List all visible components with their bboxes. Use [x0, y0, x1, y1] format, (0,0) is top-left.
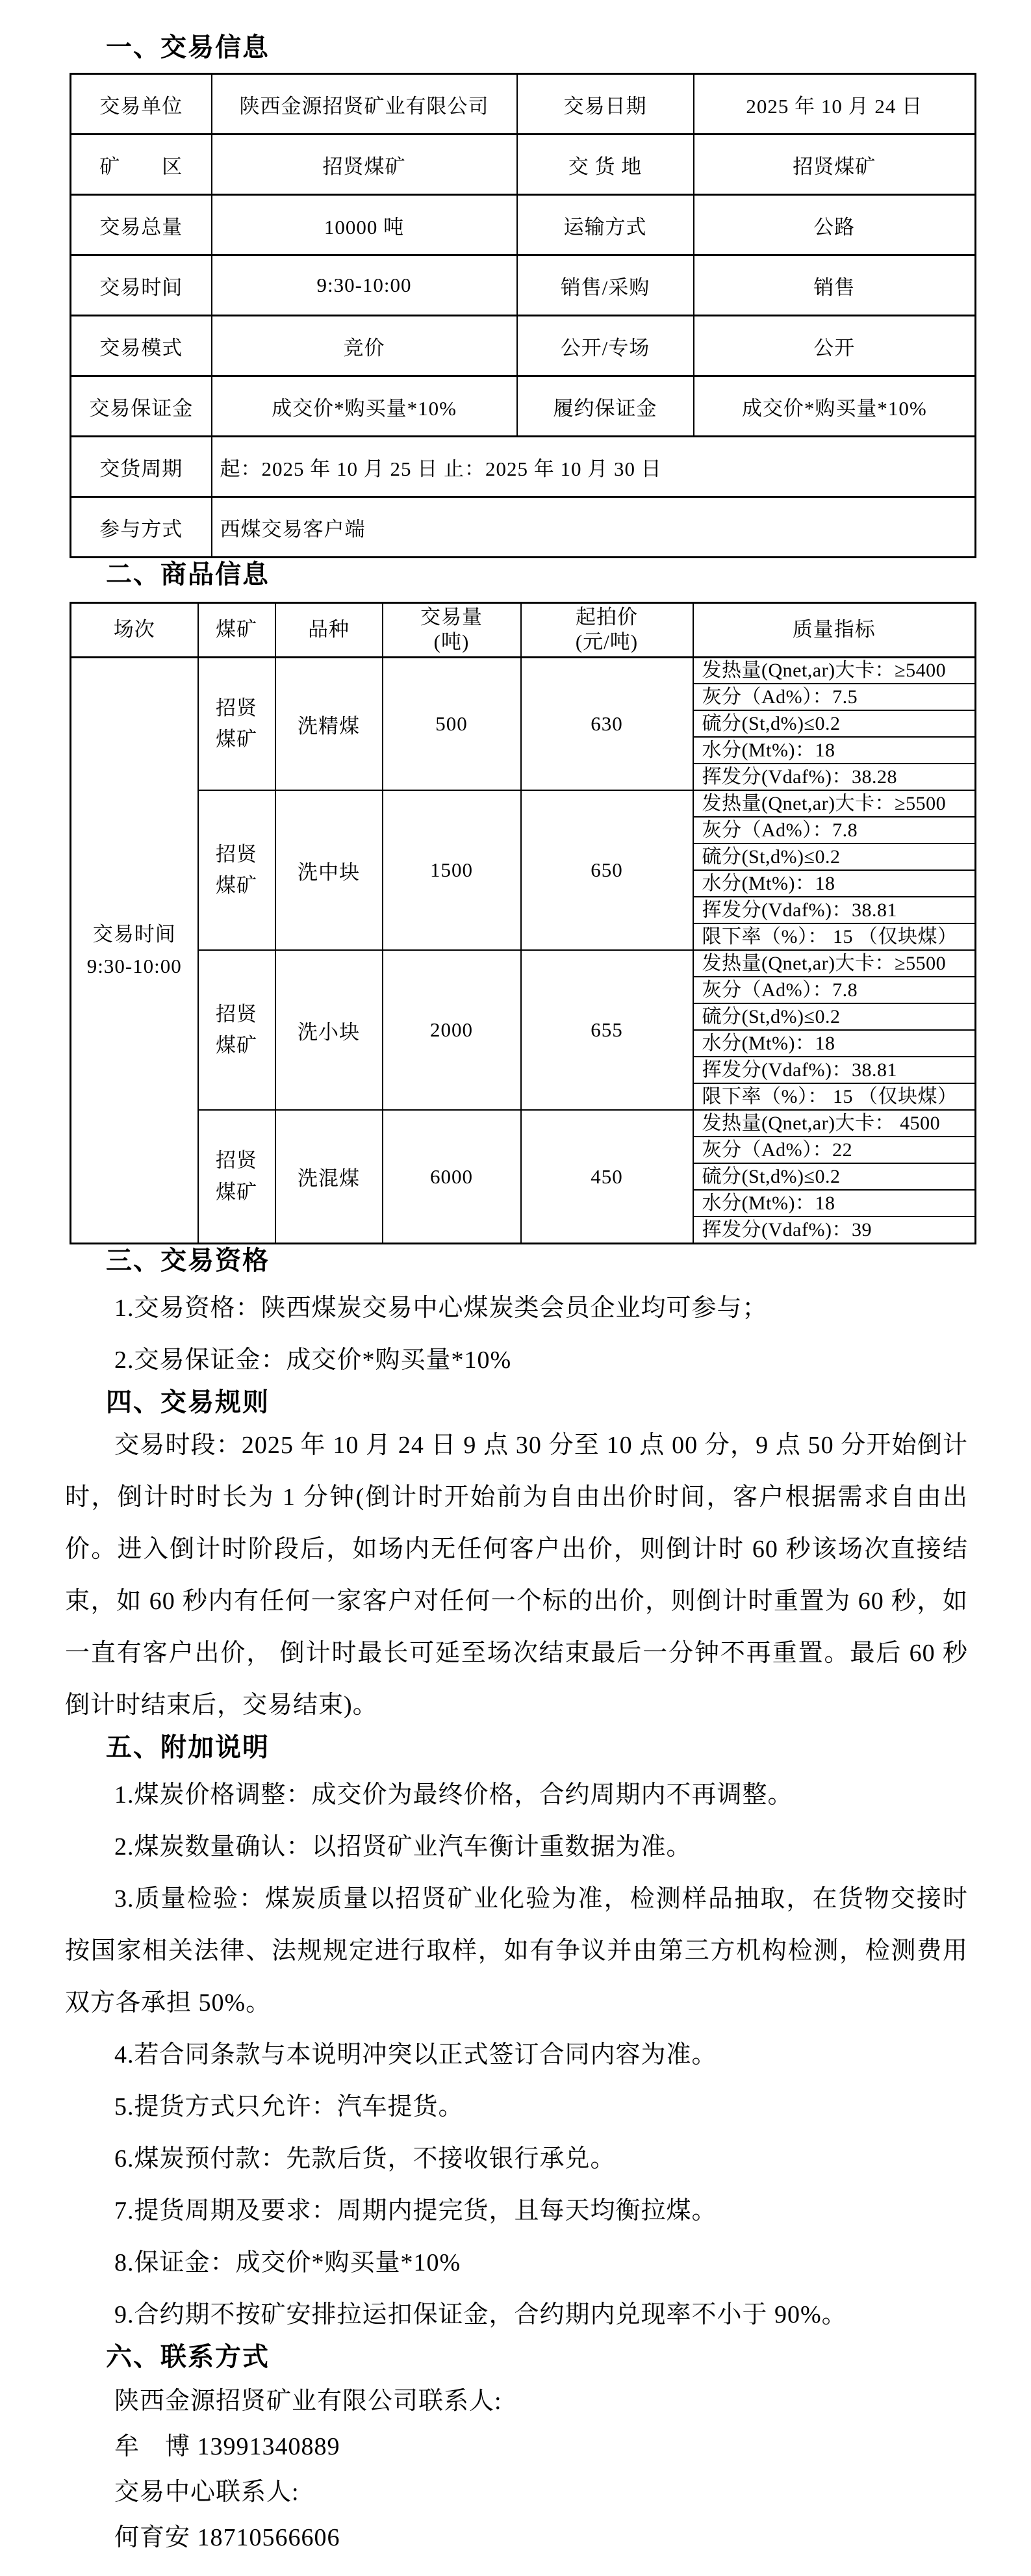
- info-value-cell: 陕西金源招贤矿业有限公司: [212, 74, 517, 135]
- section1-heading: 一、交易信息: [106, 31, 1031, 64]
- info-value-cell: 招贤煤矿: [694, 135, 976, 195]
- mine-cell: 招贤煤矿: [198, 657, 275, 790]
- info-value-cell: 10000 吨: [212, 195, 517, 255]
- quality-indicator-cell: 水分(Mt%)：18: [693, 1030, 976, 1057]
- product-column-header: 场次: [71, 602, 198, 657]
- start-price-cell: 655: [521, 950, 693, 1110]
- info-value-cell: 成交价*购买量*10%: [212, 376, 517, 437]
- info-value-cell: 竞价: [212, 316, 517, 376]
- additional-note-item: 5.提货方式只允许：汽车提货。: [65, 2081, 968, 2133]
- product-table-row: 招贤煤矿洗中块1500650发热量(Qnet,ar)大卡：≥5500: [71, 790, 976, 817]
- product-column-header: 起拍价(元/吨): [521, 602, 693, 657]
- product-table-header-row: 场次煤矿品种交易量(吨)起拍价(元/吨)质量指标: [71, 602, 976, 657]
- info-label-cell: 运输方式: [517, 195, 694, 255]
- info-value-cell: 公开: [694, 316, 976, 376]
- info-value-cell: 西煤交易客户端: [212, 497, 976, 558]
- product-info-table: 场次煤矿品种交易量(吨)起拍价(元/吨)质量指标 交易时间9:30-10:00招…: [70, 602, 976, 1244]
- product-table-row: 招贤煤矿洗小块2000655发热量(Qnet,ar)大卡：≥5500: [71, 950, 976, 977]
- section3-heading: 三、交易资格: [106, 1244, 1031, 1277]
- product-cell: 洗中块: [275, 790, 383, 950]
- info-label-cell: 销售/采购: [517, 255, 694, 316]
- product-column-header: 品种: [275, 602, 383, 657]
- additional-note-item: 4.若合同条款与本说明冲突以正式签订合同内容为准。: [65, 2029, 968, 2081]
- product-column-header: 质量指标: [693, 602, 976, 657]
- document-page: 一、交易信息 交易单位陕西金源招贤矿业有限公司交易日期2025 年 10 月 2…: [0, 0, 1031, 2576]
- additional-note-item: 9.合约期不按矿安排拉运扣保证金，合约期内兑现率不小于 90%。: [65, 2289, 968, 2341]
- additional-note-item: 6.煤炭预付款：先款后货，不接收银行承兑。: [65, 2133, 968, 2185]
- info-table-row: 交易总量10000 吨运输方式公路: [71, 195, 976, 255]
- mine-cell: 招贤煤矿: [198, 1110, 275, 1243]
- trade-info-table: 交易单位陕西金源招贤矿业有限公司交易日期2025 年 10 月 24 日矿 区招…: [70, 73, 976, 558]
- info-label-cell: 交易日期: [517, 74, 694, 135]
- quality-indicator-cell: 水分(Mt%)：18: [693, 870, 976, 897]
- info-label-cell: 交 货 地: [517, 135, 694, 195]
- qualification-item: 2.交易保证金：成交价*购买量*10%: [65, 1334, 968, 1386]
- info-label-cell: 履约保证金: [517, 376, 694, 437]
- contact-line: 交易中心联系人:: [65, 2469, 968, 2515]
- info-table-row: 交易模式竞价公开/专场公开: [71, 316, 976, 376]
- section6-heading: 六、联系方式: [106, 2341, 1031, 2373]
- additional-note-item: 3.质量检验：煤炭质量以招贤矿业化验为准，检测样品抽取，在货物交接时按国家相关法…: [65, 1873, 968, 2029]
- additional-notes-list: 1.煤炭价格调整：成交价为最终价格，合约周期内不再调整。2.煤炭数量确认：以招贤…: [0, 1769, 1031, 2341]
- volume-cell: 6000: [383, 1110, 521, 1243]
- start-price-cell: 650: [521, 790, 693, 950]
- qualification-item: 1.交易资格：陕西煤炭交易中心煤炭类会员企业均可参与；: [65, 1282, 968, 1334]
- start-price-cell: 450: [521, 1110, 693, 1243]
- product-table-row: 招贤煤矿洗混煤6000450发热量(Qnet,ar)大卡： 4500: [71, 1110, 976, 1137]
- trade-rules-paragraph: 交易时段：2025 年 10 月 24 日 9 点 30 分至 10 点 00 …: [65, 1419, 968, 1731]
- section2-heading: 二、商品信息: [106, 558, 1031, 591]
- quality-indicator-cell: 硫分(St,d%)≤0.2: [693, 844, 976, 870]
- product-table-row: 交易时间9:30-10:00招贤煤矿洗精煤500630发热量(Qnet,ar)大…: [71, 657, 976, 684]
- section5-heading: 五、附加说明: [106, 1731, 1031, 1764]
- info-label-cell: 交易总量: [71, 195, 212, 255]
- quality-indicator-cell: 灰分（Ad%）：7.5: [693, 684, 976, 710]
- info-value-cell: 9:30-10:00: [212, 255, 517, 316]
- info-value-cell: 成交价*购买量*10%: [694, 376, 976, 437]
- volume-cell: 2000: [383, 950, 521, 1110]
- start-price-cell: 630: [521, 657, 693, 790]
- quality-indicator-cell: 灰分（Ad%）：22: [693, 1137, 976, 1163]
- mine-cell: 招贤煤矿: [198, 790, 275, 950]
- additional-note-item: 7.提货周期及要求：周期内提完货，且每天均衡拉煤。: [65, 2185, 968, 2237]
- quality-indicator-cell: 挥发分(Vdaf%)：38.28: [693, 764, 976, 790]
- product-cell: 洗混煤: [275, 1110, 383, 1243]
- info-table-row: 交易时间9:30-10:00销售/采购销售: [71, 255, 976, 316]
- info-table-row: 参与方式西煤交易客户端: [71, 497, 976, 558]
- info-label-cell: 交货周期: [71, 437, 212, 497]
- quality-indicator-cell: 挥发分(Vdaf%)：38.81: [693, 1057, 976, 1083]
- info-value-cell: 公路: [694, 195, 976, 255]
- quality-indicator-cell: 发热量(Qnet,ar)大卡：≥5500: [693, 790, 976, 817]
- quality-indicator-cell: 硫分(St,d%)≤0.2: [693, 1003, 976, 1030]
- quality-indicator-cell: 灰分（Ad%）：7.8: [693, 817, 976, 844]
- info-table-row: 矿 区招贤煤矿交 货 地招贤煤矿: [71, 135, 976, 195]
- product-column-header: 交易量(吨): [383, 602, 521, 657]
- section4-heading: 四、交易规则: [106, 1386, 1031, 1419]
- info-value-cell: 起：2025 年 10 月 25 日 止：2025 年 10 月 30 日: [212, 437, 976, 497]
- contact-line: 陕西金源招贤矿业有限公司联系人:: [65, 2378, 968, 2424]
- info-label-cell: 矿 区: [71, 135, 212, 195]
- quality-indicator-cell: 发热量(Qnet,ar)大卡：≥5400: [693, 657, 976, 684]
- mine-cell: 招贤煤矿: [198, 950, 275, 1110]
- quality-indicator-cell: 硫分(St,d%)≤0.2: [693, 1163, 976, 1190]
- info-table-row: 交货周期起：2025 年 10 月 25 日 止：2025 年 10 月 30 …: [71, 437, 976, 497]
- contact-line: 牟 博 13991340889: [65, 2424, 968, 2469]
- info-label-cell: 交易时间: [71, 255, 212, 316]
- quality-indicator-cell: 挥发分(Vdaf%)：38.81: [693, 897, 976, 923]
- volume-cell: 1500: [383, 790, 521, 950]
- info-table-row: 交易单位陕西金源招贤矿业有限公司交易日期2025 年 10 月 24 日: [71, 74, 976, 135]
- info-table-row: 交易保证金成交价*购买量*10%履约保证金成交价*购买量*10%: [71, 376, 976, 437]
- info-label-cell: 公开/专场: [517, 316, 694, 376]
- additional-note-item: 1.煤炭价格调整：成交价为最终价格，合约周期内不再调整。: [65, 1769, 968, 1821]
- info-label-cell: 参与方式: [71, 497, 212, 558]
- info-label-cell: 交易单位: [71, 74, 212, 135]
- quality-indicator-cell: 灰分（Ad%）：7.8: [693, 977, 976, 1003]
- quality-indicator-cell: 限下率（%）： 15 （仅块煤）: [693, 1083, 976, 1110]
- product-column-header: 煤矿: [198, 602, 275, 657]
- quality-indicator-cell: 发热量(Qnet,ar)大卡： 4500: [693, 1110, 976, 1137]
- info-label-cell: 交易保证金: [71, 376, 212, 437]
- contact-line: 何育安 18710566606: [65, 2515, 968, 2560]
- quality-indicator-cell: 限下率（%）： 15 （仅块煤）: [693, 923, 976, 950]
- volume-cell: 500: [383, 657, 521, 790]
- product-cell: 洗精煤: [275, 657, 383, 790]
- quality-indicator-cell: 发热量(Qnet,ar)大卡：≥5500: [693, 950, 976, 977]
- product-cell: 洗小块: [275, 950, 383, 1110]
- info-value-cell: 2025 年 10 月 24 日: [694, 74, 976, 135]
- info-value-cell: 招贤煤矿: [212, 135, 517, 195]
- quality-indicator-cell: 挥发分(Vdaf%)：39: [693, 1217, 976, 1243]
- trade-qualification-list: 1.交易资格：陕西煤炭交易中心煤炭类会员企业均可参与；2.交易保证金：成交价*购…: [0, 1282, 1031, 1386]
- session-cell: 交易时间9:30-10:00: [71, 657, 198, 1243]
- quality-indicator-cell: 水分(Mt%)：18: [693, 737, 976, 764]
- quality-indicator-cell: 硫分(St,d%)≤0.2: [693, 710, 976, 737]
- info-value-cell: 销售: [694, 255, 976, 316]
- info-label-cell: 交易模式: [71, 316, 212, 376]
- quality-indicator-cell: 水分(Mt%)：18: [693, 1190, 976, 1217]
- contact-lines: 陕西金源招贤矿业有限公司联系人:牟 博 13991340889交易中心联系人:何…: [0, 2378, 1031, 2560]
- additional-note-item: 2.煤炭数量确认：以招贤矿业汽车衡计重数据为准。: [65, 1821, 968, 1873]
- additional-note-item: 8.保证金：成交价*购买量*10%: [65, 2237, 968, 2289]
